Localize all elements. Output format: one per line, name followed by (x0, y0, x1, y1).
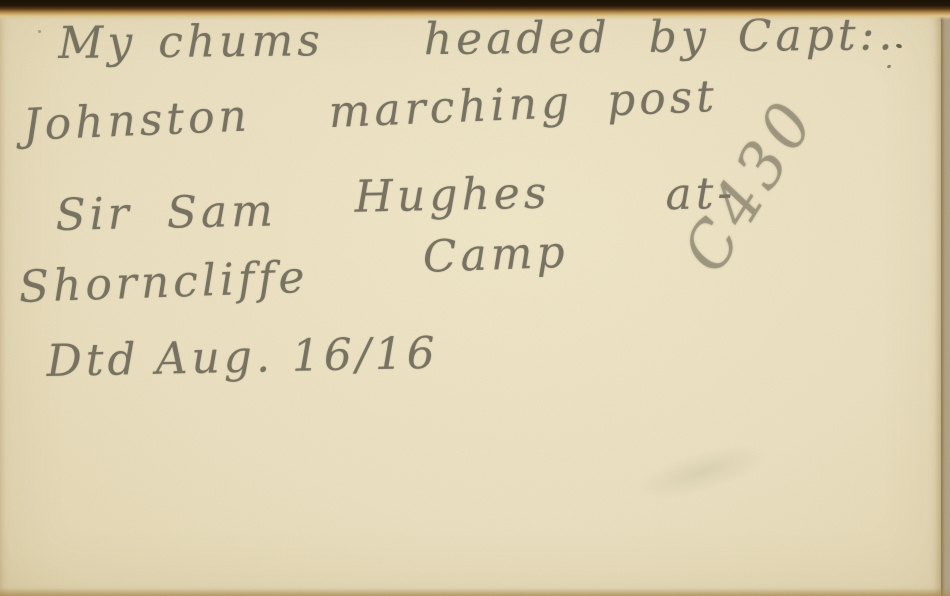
scan-background-strip (941, 0, 950, 596)
scanned-photo-back: MychumsheadedbyCapt:. Johnstonmarchingpo… (0, 0, 950, 596)
word: Camp (422, 227, 569, 283)
word: chums (158, 15, 324, 68)
word: Sir (55, 188, 133, 241)
word: marching (328, 77, 574, 138)
word: Johnston (22, 90, 252, 150)
scan-top-edge (0, 0, 950, 20)
word: Aug. 16/16 (155, 328, 439, 385)
scan-bottom-edge (0, 588, 950, 596)
handwriting-line-5: DtdAug. 16/16 (46, 328, 439, 387)
word: headed (424, 12, 612, 65)
word: post (606, 71, 719, 127)
word: Dtd (46, 334, 140, 387)
word: Hughes (354, 168, 551, 223)
pencil-speck (38, 30, 41, 33)
word: My (58, 17, 136, 69)
word: Sam (166, 185, 277, 238)
word: Shorncliffe (18, 252, 309, 313)
